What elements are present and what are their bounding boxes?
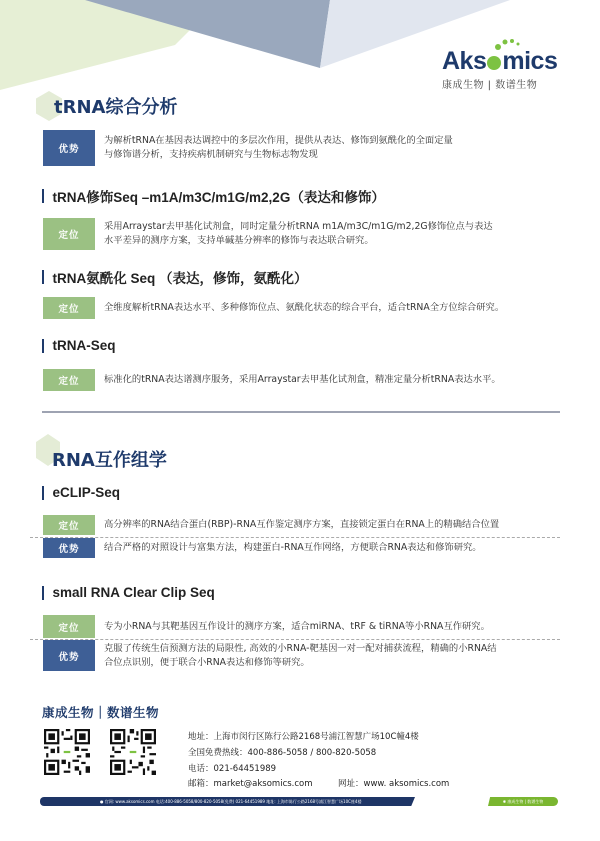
product-title-small-rna-clear-clip: small RNA Clear Clip Seq xyxy=(42,585,215,600)
advantage-tag: 优势 xyxy=(43,130,95,166)
advantage-tag: 优势 xyxy=(43,538,95,558)
product-row: 优势 结合严格的对照设计与富集方法，构建蛋白-RNA互作网络，方便联合RNA表达… xyxy=(43,538,558,558)
bottom-info-bar: ● 官网: www.aksomics.com 电话:400-886-5058/8… xyxy=(40,797,415,806)
positioning-tag: 定位 xyxy=(43,515,95,535)
product-title-trna-mod-seq: tRNA修饰Seq –m1A/m3C/m1G/m2,2G（表达和修饰） xyxy=(42,186,385,206)
company-logo: Aksmics 康成生物 | 数谱生物 xyxy=(442,48,562,91)
product-row: 定位 采用Arraystar去甲基化试剂盒，同时定量分析tRNA m1A/m3C… xyxy=(43,218,558,250)
product-title-eclip-seq: eCLIP-Seq xyxy=(42,485,120,500)
qr-code-icon xyxy=(44,729,90,775)
section-title-rna-interactome: RNA互作组学 xyxy=(36,446,167,472)
footer-email[interactable]: 邮箱：market@aksomics.com xyxy=(188,777,313,789)
product-row: 优势 克服了传统生信预测方法的局限性, 高效的小RNA-靶基因一对一配对捕获流程… xyxy=(43,640,558,671)
advantage-tag: 优势 xyxy=(43,640,95,671)
product-title-trna-seq: tRNA-Seq xyxy=(42,338,116,353)
positioning-tag: 定位 xyxy=(43,297,95,319)
section-divider xyxy=(42,411,560,413)
logo-subtitle: 康成生物 | 数谱生物 xyxy=(442,76,562,91)
product-title-trna-aminoacyl-seq: tRNA氨酰化 Seq （表达，修饰，氨酰化） xyxy=(42,267,308,287)
qr-code-icon xyxy=(110,729,156,775)
footer-phone: 电话：021-64451989 xyxy=(188,762,276,774)
product-row: 定位 高分辨率的RNA结合蛋白(RBP)-RNA互作鉴定测序方案，直接锁定蛋白在… xyxy=(43,515,558,535)
product-row: 定位 标准化的tRNA表达谱测序服务，采用Arraystar去甲基化试剂盒，精准… xyxy=(43,369,558,391)
positioning-tag: 定位 xyxy=(43,218,95,250)
positioning-tag: 定位 xyxy=(43,369,95,391)
intro-advantage-row: 优势 为解析tRNA在基因表达调控中的多层次作用，提供从表达、修饰到氨酰化的全面… xyxy=(43,130,558,166)
footer-brand: 康成生物｜数谱生物 xyxy=(42,703,159,721)
footer-website[interactable]: 网址：www. aksomics.com xyxy=(338,777,449,789)
logo-wordmark: Aksmics xyxy=(442,48,562,74)
product-row: 定位 专为小RNA与其靶基因互作设计的测序方案，适合miRNA、tRF & ti… xyxy=(43,615,558,638)
product-row: 定位 全维度解析tRNA表达水平、多种修饰位点、氨酰化状态的综合平台，适合tRN… xyxy=(43,297,558,319)
footer-address: 地址：上海市闵行区陈行公路2168号浦江智慧广场10C幢4楼 xyxy=(188,730,419,742)
section-title-trna: tRNA综合分析 xyxy=(36,93,177,119)
bottom-brand-badge: ✱ 康成生物 | 数谱生物 xyxy=(488,797,558,806)
positioning-tag: 定位 xyxy=(43,615,95,638)
footer-hotline: 全国免费热线：400-886-5058 / 800-820-5058 xyxy=(188,746,376,758)
